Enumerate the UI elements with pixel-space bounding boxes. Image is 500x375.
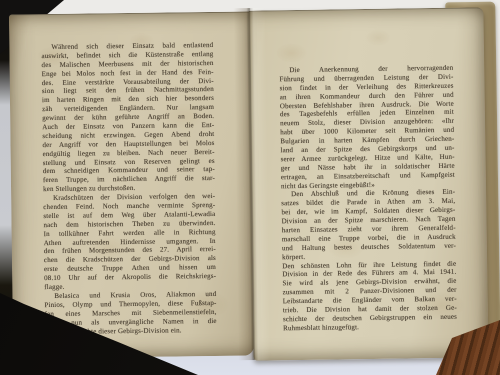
- paragraph: Den Abschluß und die Krönung dieses Ein-…: [281, 188, 456, 262]
- paragraph: Während sich dieser Einsatz bald entlast…: [41, 41, 215, 194]
- book-gutter-shadow: [234, 8, 271, 360]
- left-page: Während sich dieser Einsatz bald entlast…: [9, 12, 254, 359]
- paragraph: Belasica und Krusia Oros, Aliakmon undPi…: [44, 290, 217, 337]
- right-page-text: Die Anerkennung der hervorragendenFührun…: [279, 64, 457, 333]
- text-line: stolze Geschichte dieser Gebirgs-Divisio…: [45, 325, 217, 336]
- text-line: Ruhmesblatt hinzugefügt.: [283, 322, 457, 333]
- left-page-text: Während sich dieser Einsatz bald entlast…: [41, 41, 217, 336]
- book-photo: Während sich dieser Einsatz bald entlast…: [0, 0, 500, 375]
- paragraph: Den schönsten Lohn für ihre Leistung fin…: [282, 259, 457, 333]
- paragraph: Die Anerkennung der hervorragendenFührun…: [279, 64, 455, 191]
- paragraph: Kradschützen der Division verfolgen den …: [43, 192, 216, 292]
- right-page: Die Anerkennung der hervorragendenFührun…: [248, 7, 488, 360]
